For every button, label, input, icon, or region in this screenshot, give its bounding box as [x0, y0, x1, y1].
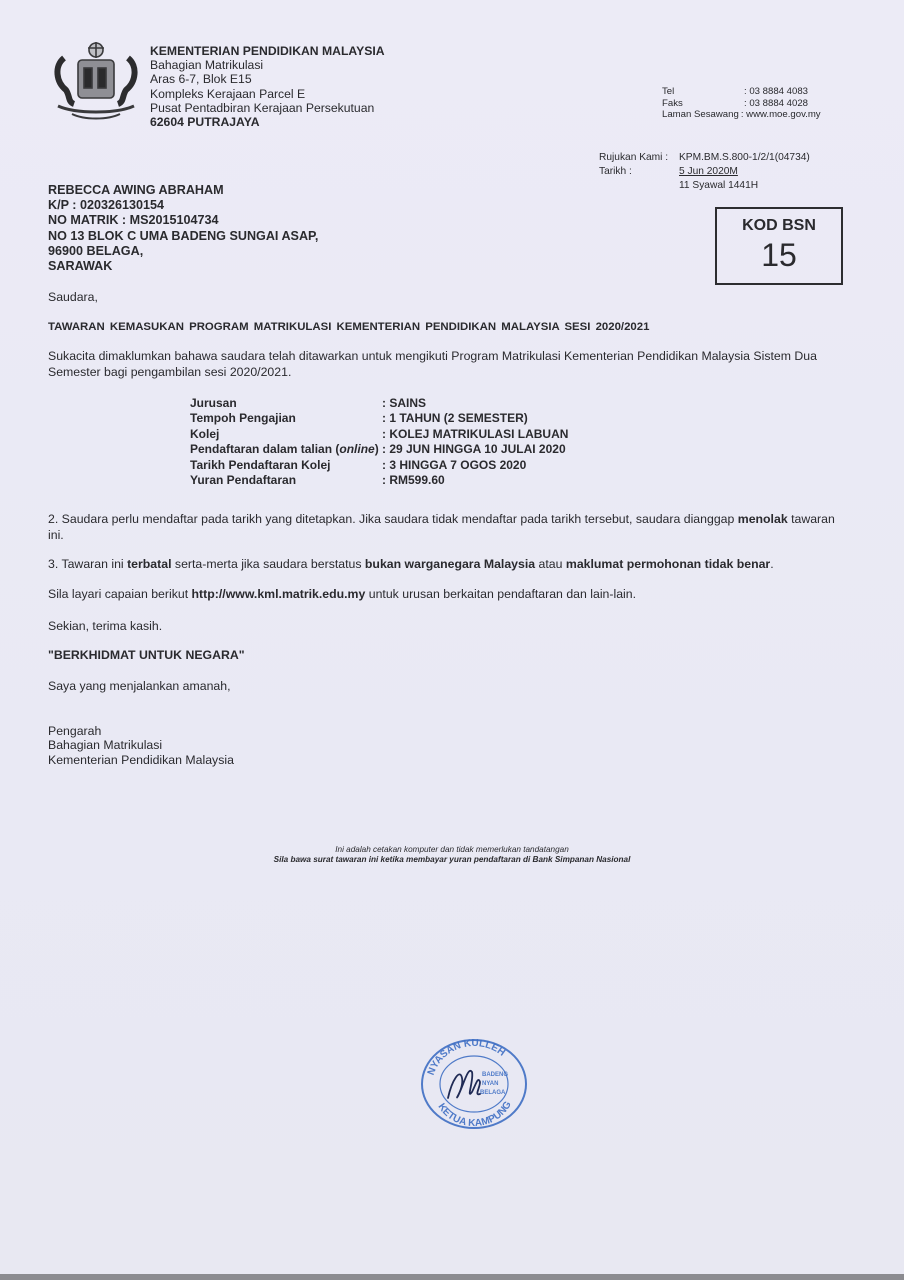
detail-row: Tempoh Pengajian : 1 TAHUN (2 SEMESTER)	[190, 411, 568, 426]
motto: "BERKHIDMAT UNTUK NEGARA"	[48, 648, 245, 664]
detail-row: Jurusan : SAINS	[190, 396, 568, 411]
signatory-title: Pengarah	[48, 724, 234, 738]
hijri-date: 11 Syawal 1441H	[679, 179, 758, 193]
detail-row: Pendaftaran dalam talian (online) : 29 J…	[190, 442, 568, 457]
recipient-matric: NO MATRIK : MS2015104734	[48, 213, 318, 228]
computer-generated-note: Ini adalah cetakan komputer dan tidak me…	[0, 845, 904, 855]
stamp-top-text: NYASAN KULLEH	[426, 1038, 507, 1077]
detail-row: Kolej : KOLEJ MATRIKULASI LABUAN	[190, 427, 568, 442]
contact-tel: Tel : 03 8884 4083	[662, 86, 821, 98]
cancellation-paragraph: 3. Tawaran ini terbatal serta-merta jika…	[48, 557, 868, 573]
recipient-address: 96900 BELAGA,	[48, 244, 318, 259]
kml-website-link[interactable]: http://www.kml.matrik.edu.my	[192, 587, 366, 601]
contact-value: : 03 8884 4083	[744, 86, 808, 98]
kod-bsn-label: KOD BSN	[717, 217, 841, 235]
salutation: Saudara,	[48, 290, 98, 306]
contact-fax: Faks : 03 8884 4028	[662, 98, 821, 110]
contact-block: Tel : 03 8884 4083 Faks : 03 8884 4028 L…	[662, 86, 821, 121]
letter-subject: TAWARAN KEMASUKAN PROGRAM MATRIKULASI KE…	[48, 320, 649, 336]
closing: Sekian, terima kasih.	[48, 619, 162, 635]
trust-line: Saya yang menjalankan amanah,	[48, 679, 231, 695]
stamp-bottom-text: KETUA KAMPUNG	[436, 1099, 514, 1129]
contact-value: : www.moe.gov.my	[741, 109, 821, 121]
svg-text:BELAGA: BELAGA	[480, 1090, 506, 1096]
reference-block: Rujukan Kami : KPM.BM.S.800-1/2/1(04734)…	[599, 151, 810, 193]
footer-notes: Ini adalah cetakan komputer dan tidak me…	[0, 845, 904, 865]
recipient-ic: K/P : 020326130154	[48, 198, 318, 213]
recipient-address: NO 13 BLOK C UMA BADENG SUNGAI ASAP,	[48, 229, 318, 244]
detail-row: Tarikh Pendaftaran Kolej : 3 HINGGA 7 OG…	[190, 458, 568, 473]
offer-paragraph: Sukacita dimaklumkan bahawa saudara tela…	[48, 349, 838, 380]
malaysia-coat-of-arms-icon	[48, 38, 144, 126]
signatory-ministry: Kementerian Pendidikan Malaysia	[48, 753, 234, 767]
address-line: Kompleks Kerajaan Parcel E	[150, 87, 385, 101]
bsn-payment-note: Sila bawa surat tawaran ini ketika memba…	[0, 855, 904, 865]
contact-website: Laman Sesawang : www.moe.gov.my	[662, 109, 821, 121]
contact-label: Faks	[662, 98, 744, 110]
signatory-block: Pengarah Bahagian Matrikulasi Kementeria…	[48, 724, 234, 767]
reference-label: Rujukan Kami :	[599, 151, 679, 165]
reference-number: KPM.BM.S.800-1/2/1(04734)	[679, 151, 810, 165]
address-line: Bahagian Matrikulasi	[150, 58, 385, 72]
kod-bsn-value: 15	[717, 237, 841, 274]
signatory-division: Bahagian Matrikulasi	[48, 738, 234, 752]
recipient-name: REBECCA AWING ABRAHAM	[48, 183, 318, 198]
date-label: Tarikh :	[599, 165, 679, 179]
ministry-address-block: KEMENTERIAN PENDIDIKAN MALAYSIA Bahagian…	[150, 44, 385, 129]
kod-bsn-box: KOD BSN 15	[715, 207, 843, 285]
contact-label: Laman Sesawang	[662, 109, 739, 121]
website-paragraph: Sila layari capaian berikut http://www.k…	[48, 587, 636, 603]
offer-details-table: Jurusan : SAINS Tempoh Pengajian : 1 TAH…	[190, 396, 568, 488]
recipient-address: SARAWAK	[48, 259, 318, 274]
signature-icon	[448, 1071, 480, 1098]
postcode-city: 62604 PUTRAJAYA	[150, 115, 385, 129]
page-edge	[0, 1274, 904, 1280]
letter-date: 5 Jun 2020M	[679, 165, 738, 179]
contact-value: : 03 8884 4028	[744, 98, 808, 110]
address-line: Pusat Pentadbiran Kerajaan Persekutuan	[150, 101, 385, 115]
svg-text:NYAN: NYAN	[482, 1081, 498, 1087]
registration-paragraph: 2. Saudara perlu mendaftar pada tarikh y…	[48, 512, 838, 543]
detail-row: Yuran Pendaftaran : RM599.60	[190, 473, 568, 488]
ministry-name: KEMENTERIAN PENDIDIKAN MALAYSIA	[150, 44, 385, 58]
address-line: Aras 6-7, Blok E15	[150, 72, 385, 86]
svg-text:BADENG: BADENG	[482, 1072, 508, 1078]
recipient-block: REBECCA AWING ABRAHAM K/P : 020326130154…	[48, 183, 318, 274]
village-head-stamp-icon: NYASAN KULLEH KETUA KAMPUNG BADENG NYAN …	[418, 1036, 530, 1130]
contact-label: Tel	[662, 86, 744, 98]
